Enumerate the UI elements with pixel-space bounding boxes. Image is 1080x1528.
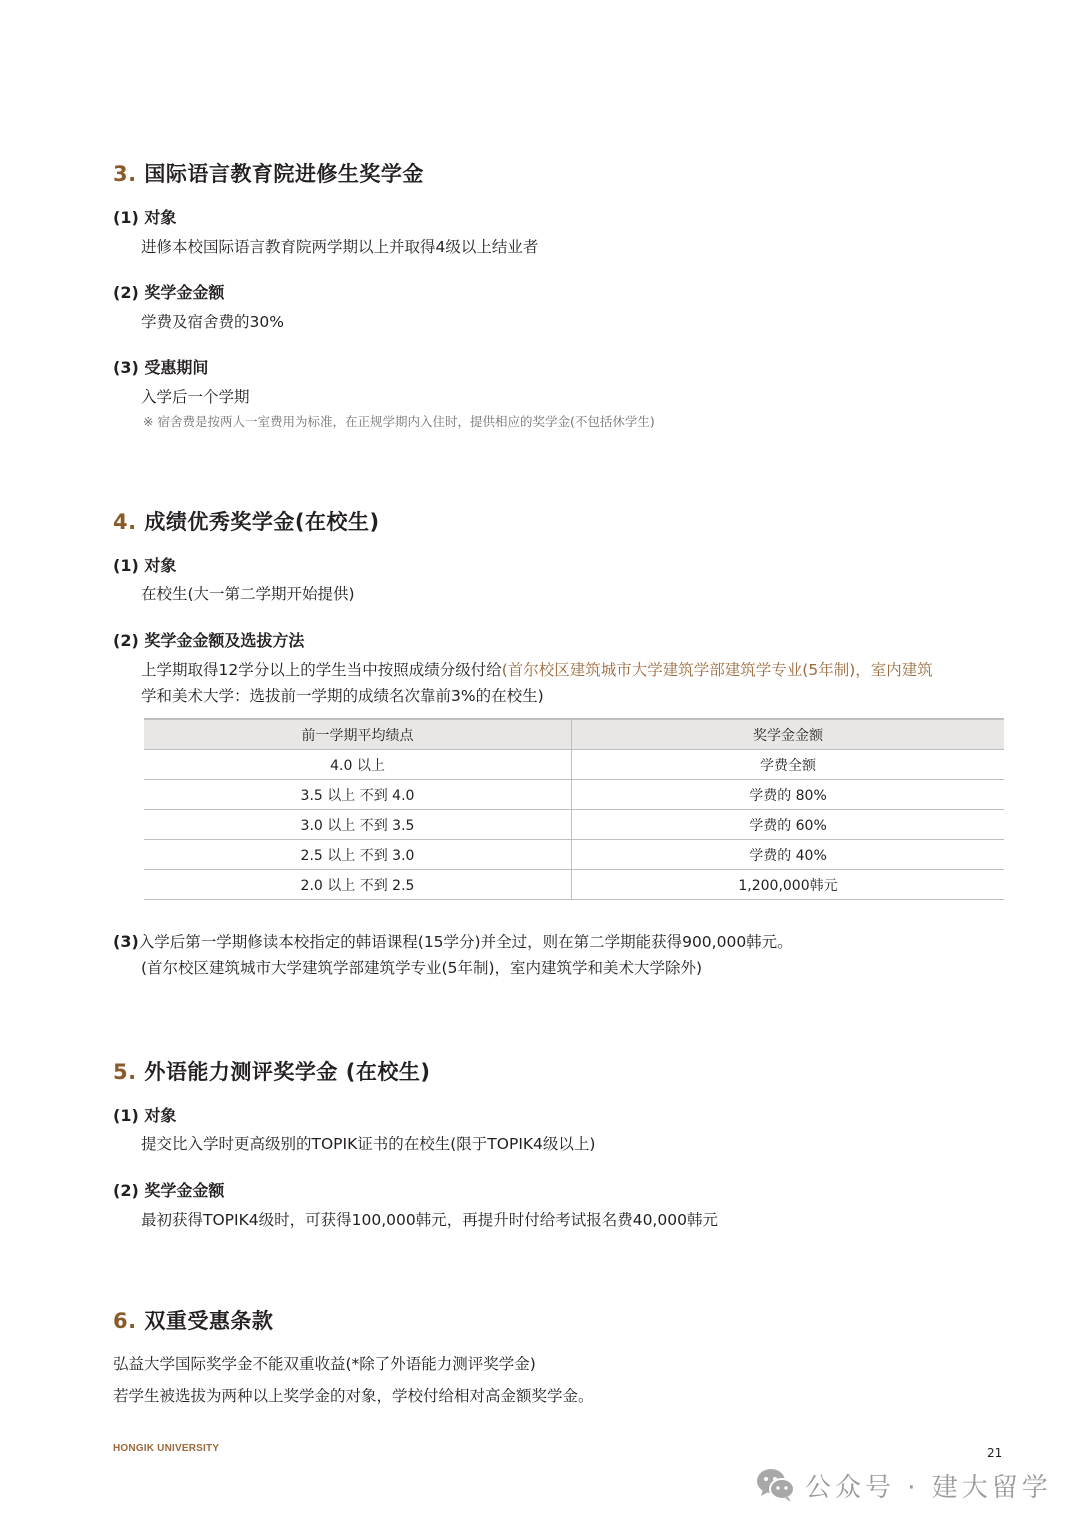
subhead-amount-selection: (2) 奖学金金额及选拔方法 <box>113 628 304 651</box>
subhead-period: (3) 受惠期间 <box>113 355 208 378</box>
gpa-cell: 2.0 以上 不到 2.5 <box>144 870 572 900</box>
table-header-row: 前一学期平均绩点 奖学金金额 <box>144 719 1004 750</box>
subhead-target: (1) 对象 <box>113 1103 176 1126</box>
amount-text: 最初获得TOPIK4级时，可获得100,000韩元，再提升时付给考试报名费40,… <box>141 1208 718 1230</box>
selection-line-2: 学和美术大学：选拔前一学期的成绩名次靠前3%的在校生) <box>141 684 544 706</box>
item-number: (3) <box>113 932 139 951</box>
table-row: 2.0 以上 不到 2.5 1,200,000韩元 <box>144 870 1004 900</box>
amount-cell: 学费的 80% <box>572 780 1005 810</box>
amount-cell: 1,200,000韩元 <box>572 870 1005 900</box>
table-row: 3.0 以上 不到 3.5 学费的 60% <box>144 810 1004 840</box>
subhead-target: (1) 对象 <box>113 205 176 228</box>
selection-line-1: 上学期取得12学分以上的学生当中按照成绩分级付给(首尔校区建筑城市大学建筑学部建… <box>141 658 933 680</box>
amount-cell: 学费的 40% <box>572 840 1005 870</box>
column-header-gpa: 前一学期平均绩点 <box>144 719 572 750</box>
section-number: 3. <box>113 162 137 186</box>
section-4-title: 4. 成绩优秀奖学金(在校生) <box>113 506 380 536</box>
section-6-title: 6. 双重受惠条款 <box>113 1305 273 1335</box>
subhead-amount: (2) 奖学金金额 <box>113 1178 224 1201</box>
amount-cell: 学费的 60% <box>572 810 1005 840</box>
amount-cell: 学费全额 <box>572 750 1005 780</box>
selection-text: 上学期取得12学分以上的学生当中按照成绩分级付给 <box>141 661 502 679</box>
double-benefit-line-2: 若学生被选拔为两种以上奖学金的对象，学校付给相对高金额奖学金。 <box>113 1384 594 1406</box>
section-title-text: 国际语言教育院进修生奖学金 <box>144 162 424 186</box>
gpa-cell: 4.0 以上 <box>144 750 572 780</box>
amount-text: 学费及宿舍费的30% <box>141 310 284 332</box>
gpa-cell: 3.0 以上 不到 3.5 <box>144 810 572 840</box>
target-text: 进修本校国际语言教育院两学期以上并取得4级以上结业者 <box>141 235 538 257</box>
section-title-text: 双重受惠条款 <box>144 1309 273 1333</box>
target-text: 在校生(大一第二学期开始提供) <box>141 582 355 604</box>
table-row: 2.5 以上 不到 3.0 学费的 40% <box>144 840 1004 870</box>
section-number: 4. <box>113 510 137 534</box>
section-5-title: 5. 外语能力测评奖学金 (在校生) <box>113 1056 430 1086</box>
gpa-scholarship-table: 前一学期平均绩点 奖学金金额 4.0 以上 学费全额 3.5 以上 不到 4.0… <box>144 718 1004 900</box>
dorm-note: ※ 宿舍费是按两人一室费用为标准，在正规学期内入住时，提供相应的奖学金(不包括休… <box>143 412 655 430</box>
section-3-title: 3. 国际语言教育院进修生奖学金 <box>113 158 424 188</box>
section-title-text: 外语能力测评奖学金 (在校生) <box>144 1060 430 1084</box>
double-benefit-line-1: 弘益大学国际奖学金不能双重收益(*除了外语能力测评奖学金) <box>113 1352 536 1374</box>
period-text: 入学后一个学期 <box>141 385 250 407</box>
wechat-icon <box>755 1466 797 1504</box>
subhead-target: (1) 对象 <box>113 553 176 576</box>
table-row: 4.0 以上 学费全额 <box>144 750 1004 780</box>
watermark-text: 公众号 · 建大留学 <box>805 1467 1052 1504</box>
university-brand: HONGIK UNIVERSITY <box>113 1443 219 1454</box>
section-title-text: 成绩优秀奖学金(在校生) <box>144 510 379 534</box>
target-text: 提交比入学时更高级别的TOPIK证书的在校生(限于TOPIK4级以上) <box>141 1132 595 1154</box>
korean-course-line-1: (3)入学后第一学期修读本校指定的韩语课程(15学分)并全过，则在第二学期能获得… <box>113 930 793 952</box>
table-row: 3.5 以上 不到 4.0 学费的 80% <box>144 780 1004 810</box>
page-number: 21 <box>987 1446 1002 1460</box>
korean-course-exception: (首尔校区建筑城市大学建筑学部建筑学专业(5年制)，室内建筑学和美术大学除外) <box>141 956 702 978</box>
gpa-cell: 3.5 以上 不到 4.0 <box>144 780 572 810</box>
wechat-watermark: 公众号 · 建大留学 <box>755 1466 1052 1504</box>
korean-course-text: 入学后第一学期修读本校指定的韩语课程(15学分)并全过，则在第二学期能获得900… <box>139 933 793 951</box>
column-header-amount: 奖学金金额 <box>572 719 1005 750</box>
section-number: 5. <box>113 1060 137 1084</box>
selection-exception-text: (首尔校区建筑城市大学建筑学部建筑学专业(5年制)，室内建筑 <box>502 661 933 679</box>
subhead-amount: (2) 奖学金金额 <box>113 280 224 303</box>
section-number: 6. <box>113 1309 137 1333</box>
gpa-cell: 2.5 以上 不到 3.0 <box>144 840 572 870</box>
